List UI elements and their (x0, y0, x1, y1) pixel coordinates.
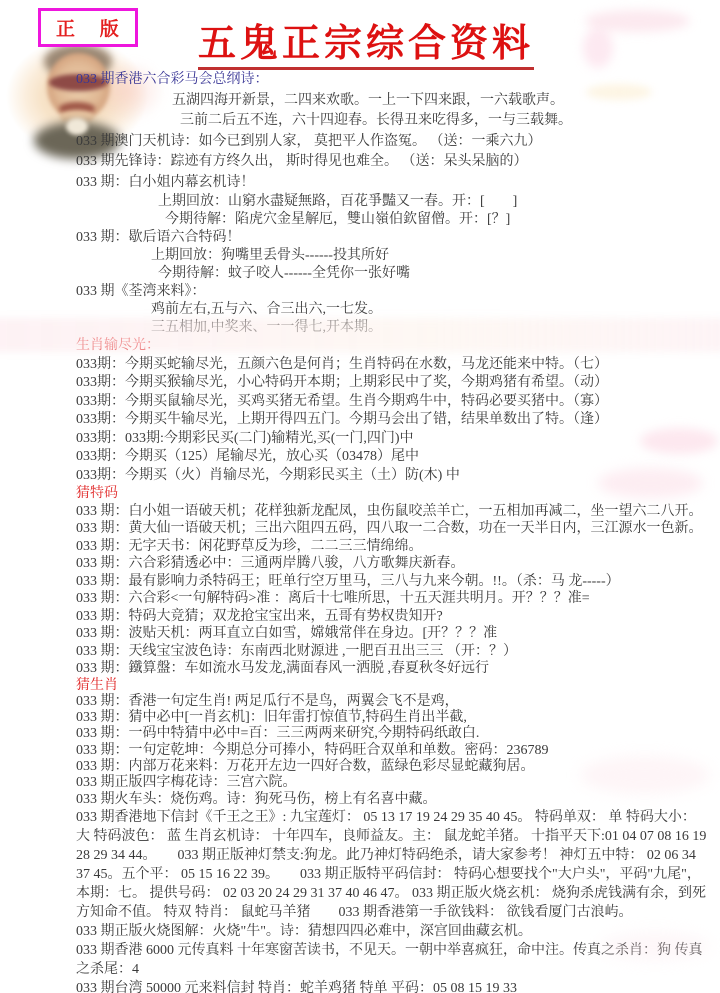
shujinguang-line-4: 033期：今期买牛输尽光，上期开得四五门。今期马会出了错，结果单数出了特。（逢） (76, 411, 713, 430)
tema-line-8: 033 期：波贴天机：两耳直立白如雪，嫦娥常伴在身边。[开？？？准 (76, 625, 713, 643)
section-header-shengxiao-shujinguang: 生肖输尽光： (76, 337, 713, 356)
tema-line-5: 033 期：最有影响力杀特码王；旺单行空万里马，三八与九来今朝。!!。（杀：马 … (76, 573, 713, 591)
shujinguang-line-5: 033期：033期:今期彩民买(二门)输精光,买(一门,四门)中 (76, 430, 713, 449)
shujinguang-section: 生肖输尽光： 033期：今期买蛇输尽光，五颜六色是何肖；生肖特码在水数，马龙还能… (76, 337, 713, 485)
guess-tema-section: 猜特码 033 期：白小姐一语破天机；花样独新龙配凤，虫伤鼠咬羔羊亡，一五相加再… (76, 485, 713, 678)
macau-tianji-poem: 033 期澳门天机诗：如今已到别人家， 莫把平人作盗冤。 （送：一乘六九） (76, 132, 713, 153)
masthead-poem-line-1: 五湖四海开新景，二四来欢歌。一上一下四来跟，一六载歌声。 (76, 91, 713, 112)
tema-line-1: 033 期：白小姐一语破天机；花样独新龙配凤，虫伤鼠咬羔羊亡，一五相加再减二，坐… (76, 503, 713, 521)
masthead-poem-line-2: 三前二后五不连，六十四迎春。长得丑来吃得多，一与三载舞。 (76, 111, 713, 132)
authentic-badge: 正 版 (38, 8, 138, 47)
taiwan-material-line: 033 期台湾 50000 元来料信封 特肖：蛇羊鸡猪 特单 平码：05 08 … (76, 979, 713, 993)
meihua-poem-line: 033 期正版四字梅花诗：三宫六院。 (76, 775, 713, 791)
envelope-material-paragraph: 033 期香港地下信封《千王之王》: 九宝莲灯： 05 13 17 19 24 … (76, 808, 713, 922)
masthead-section: 033 期香港六合彩马会总纲诗： 五湖四海开新景，二四来欢歌。一上一下四来跟，一… (76, 70, 713, 193)
shengxiao-line-1: 033 期：香港一句定生肖! 两足瓜行不是鸟，两翼会飞不是鸡， (76, 694, 713, 710)
guess-shengxiao-section: 猜生肖 033 期：香港一句定生肖! 两足瓜行不是鸟，两翼会飞不是鸡， 033 … (76, 678, 713, 808)
shujinguang-line-7: 033期：今期买（火）肖输尽光，今期彩民买主（土）防(木) 中 (76, 467, 713, 486)
tema-line-3: 033 期：无字天书：闲花野草反为珍，二二三三情绵绵。 (76, 538, 713, 556)
quanwan-line-2: 三五相加,中奖来、一一得七,开本期。 (76, 319, 713, 337)
masthead-poem-title: 033 期香港六合彩马会总纲诗： (76, 70, 713, 91)
xiehouyu-last-issue: 上期回放：狗嘴里丢骨头------投其所好 (76, 247, 713, 265)
tema-line-2: 033 期：黄大仙一语破天机；三出六阻四五码，四八取一二合数，功在一天半日内，三… (76, 520, 713, 538)
shujinguang-line-6: 033期：今期买（125）尾输尽光，放心买（03478）尾中 (76, 448, 713, 467)
baixiaojie-current-issue: 今期待解：陷虎穴金星解厄，雙山嶺伯欽留僧。开：[？] (76, 211, 713, 229)
tema-line-9: 033 期：天线宝宝波色诗：东南西北财源进 ,一肥百丑出三三 （开：？） (76, 643, 713, 661)
tema-line-10: 033 期：鐵算盤：车如流水马发龙,满面春风一洒脱 ,春夏秋冬好远行 (76, 660, 713, 678)
section-header-cai-shengxiao: 猜生肖 (76, 678, 713, 694)
tema-line-7: 033 期：特码大竞猜；双龙抢宝宝出来，五哥有势权贵知开? (76, 608, 713, 626)
section-header-cai-tema: 猜特码 (76, 485, 713, 503)
huochetou-line: 033 期火车头：烧伤鸡。诗：狗死马伤，榜上有名喜中藏。 (76, 792, 713, 808)
shengxiao-line-4: 033 期：一句定乾坤：今期总分可捧小，特码旺合双单和单数。密码：236789 (76, 743, 713, 759)
tema-line-6: 033 期：六合彩<一句解特码>准 ：离后十七唯所思，十五天涯共明月。开？？？准… (76, 590, 713, 608)
shujinguang-line-1: 033期：今期买蛇输尽光，五颜六色是何肖；生肖特码在水数，马龙还能来中特。（七） (76, 356, 713, 375)
tema-line-4: 033 期：六合彩猜透必中：三通两岸腾八骏，八方歌舞庆新春。 (76, 555, 713, 573)
pink-artifact-title-right (583, 28, 613, 68)
shujinguang-line-2: 033期：今期买猴输尽光，小心特码开本期；上期彩民中了奖，今期鸡猪有希望。（动） (76, 374, 713, 393)
shengxiao-line-3: 033 期：一码中特猜中必中=百：三三两两来研究,今期特码纸敢白. (76, 726, 713, 742)
baixiaojie-poem-header: 033 期：白小姐内幕玄机诗！ (76, 173, 713, 194)
footer-section: 033 期正版火烧图解：火烧"牛"。诗：猜想四四必难中，深宫回曲藏玄机。 033… (76, 922, 713, 993)
xianfeng-poem: 033 期先锋诗：踪迹有方终久出， 斯时得见也难全。 （送：呆头呆脑的） (76, 152, 713, 173)
pink-artifact-top-right (585, 10, 690, 32)
riddles-section: 上期回放：山窮水盡疑無路，百花爭豔又一春。开：[ ] 今期待解：陷虎穴金星解厄，… (76, 193, 713, 337)
shengxiao-line-2: 033 期：猜中必中[一肖玄机]：旧年雷打惊值节,特码生肖出半截, (76, 710, 713, 726)
huoshao-tujie-line: 033 期正版火烧图解：火烧"牛"。诗：猜想四四必难中，深宫回曲藏玄机。 (76, 922, 713, 941)
xiehouyu-header: 033 期：歇后语六合特码！ (76, 229, 713, 247)
hongkong-fax-material-line: 033 期香港 6000 元传真料 十年寒窗苦读书，不见天。一朝中举喜疯狂，命中… (76, 941, 713, 979)
xiehouyu-current-issue: 今期待解：蚊子咬人------全凭你一张好嘴 (76, 265, 713, 283)
document-body: 033 期香港六合彩马会总纲诗： 五湖四海开新景，二四来欢歌。一上一下四来跟，一… (76, 70, 713, 993)
shujinguang-line-3: 033期：今期买鼠输尽光，买鸡买猪无希望。生肖今期鸡牛中，特码必要买猪中。（寡） (76, 393, 713, 412)
quanwan-material-header: 033 期《荃湾来料》： (76, 283, 713, 301)
quanwan-line-1: 鸡前左右,五与六、合三出六,一七发。 (76, 301, 713, 319)
page-title: 五鬼正宗综合资料 (198, 24, 534, 70)
baixiaojie-last-issue: 上期回放：山窮水盡疑無路，百花爭豔又一春。开：[ ] (76, 193, 713, 211)
shengxiao-line-5: 033 期：内部万花来料：万花开左边一四好合数，蓝绿色彩尽显蛇藏狗居。 (76, 759, 713, 775)
